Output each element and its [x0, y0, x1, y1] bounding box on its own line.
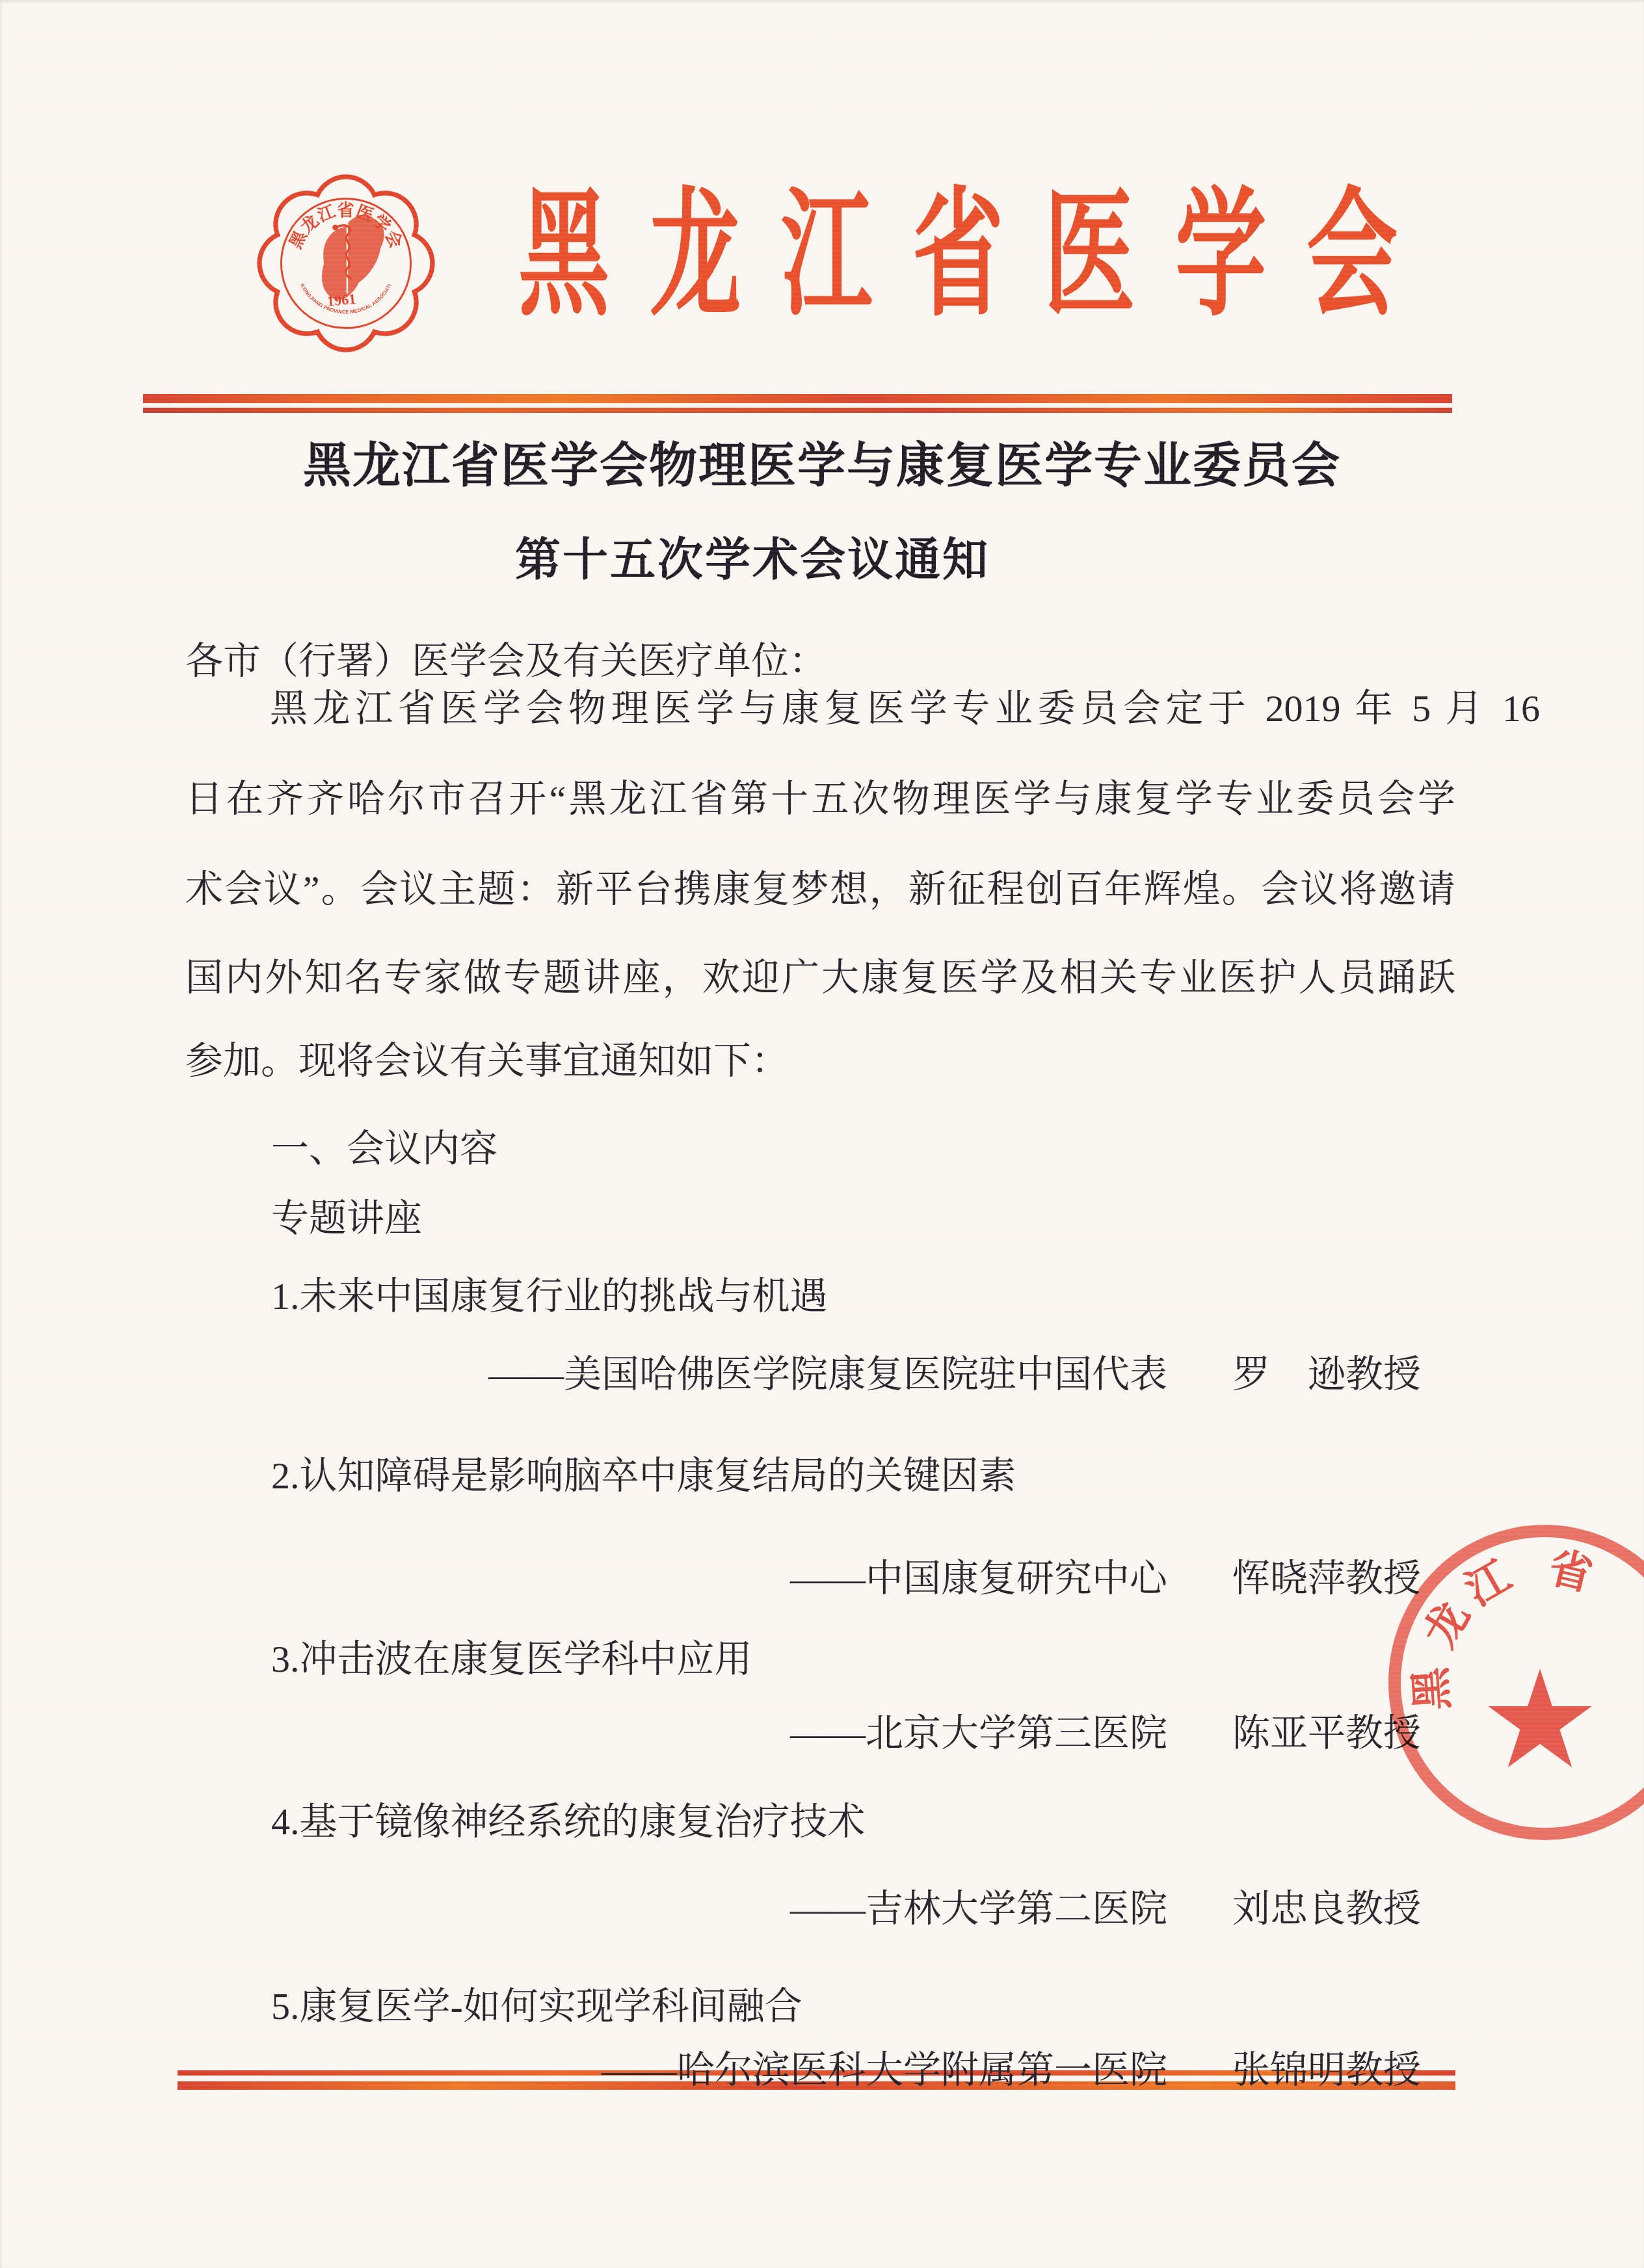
lecture-speaker: 罗 逊教授 — [1232, 1352, 1421, 1396]
subsection-heading: 专题讲座 — [185, 1196, 1541, 1240]
lecture-attribution: ——哈尔滨医科大学附属第一医院 张锦明教授 — [185, 2048, 1421, 2092]
org-name-char: 黑 — [518, 187, 605, 325]
stamp-star-icon — [1488, 1667, 1592, 1771]
org-name-char: 学 — [1175, 187, 1262, 325]
association-seal-logo: 黑龙江省医学会 HEILONGJIANG PROVINCE MEDICAL AS… — [250, 169, 442, 358]
lecture-title: 2.认知障碍是影响脑卒中康复结局的关键因素 — [185, 1454, 1541, 1497]
lecture-affiliation: ——美国哈佛医学院康复医院驻中国代表 — [488, 1352, 1167, 1396]
para-line: 术会议”。会议主题：新平台携康复梦想，新征程创百年辉煌。会议将邀请 — [185, 867, 1455, 911]
lecture-title: 3.冲击波在康复医学科中应用 — [185, 1637, 1541, 1681]
scanned-notice-page: 黑龙江省医学会 HEILONGJIANG PROVINCE MEDICAL AS… — [0, 0, 1644, 2268]
lecture-affiliation: ——中国康复研究中心 — [790, 1557, 1167, 1600]
seal-year: 1961 — [326, 291, 356, 310]
lecture-affiliation: ——哈尔滨医科大学附属第一医院 — [602, 2048, 1167, 2092]
lecture-affiliation: ——北京大学第三医院 — [790, 1711, 1167, 1755]
header-rule-thick — [143, 394, 1452, 403]
lecture-speaker: 刘忠良教授 — [1232, 1887, 1421, 1931]
para-line: 国内外知名专家做专题讲座，欢迎广大康复医学及相关专业医护人员踊跃 — [185, 956, 1455, 999]
stamp-arc-char: 黑 — [1410, 1666, 1455, 1711]
org-name-char: 省 — [912, 187, 999, 325]
seal-snake-head — [332, 224, 338, 230]
org-name-char: 江 — [781, 187, 868, 325]
para-line: 日在齐齐哈尔市召开“黑龙江省第十五次物理医学与康复学专业委员会学 — [185, 777, 1455, 821]
lecture-attribution: ——吉林大学第二医院 刘忠良教授 — [185, 1887, 1421, 1931]
official-stamp: 黑 龙 江 省 — [1388, 1525, 1644, 1840]
lecture-title: 5.康复医学-如何实现学科间融合 — [185, 1984, 1541, 2028]
lecture-attribution: ——中国康复研究中心 恽晓萍教授 — [185, 1557, 1421, 1600]
header-rule-thin — [143, 408, 1452, 413]
lecture-attribution: ——美国哈佛医学院康复医院驻中国代表 罗 逊教授 — [185, 1352, 1421, 1396]
lecture-title: 4.基于镜像神经系统的康复治疗技术 — [185, 1800, 1541, 1843]
para-line: 黑龙江省医学会物理医学与康复医学专业委员会定于 2019 年 5 月 16 — [185, 687, 1540, 730]
notice-title-line2: 第十五次学术会议通知 — [515, 538, 990, 584]
org-name-char: 医 — [1044, 187, 1130, 325]
salutation: 各市（行署）医学会及有关医疗单位： — [185, 639, 1455, 683]
lecture-speaker: 张锦明教授 — [1232, 2048, 1421, 2092]
section-heading: 一、会议内容 — [185, 1127, 1541, 1170]
org-name: 黑龙江省医学会 — [496, 187, 1416, 337]
lecture-affiliation: ——吉林大学第二医院 — [790, 1887, 1167, 1931]
lecture-attribution: ——北京大学第三医院 陈亚平教授 — [185, 1711, 1421, 1755]
org-name-char: 龙 — [650, 187, 736, 325]
notice-title-line1: 黑龙江省医学会物理医学与康复医学专业委员会 — [0, 442, 1644, 490]
org-name-char: 会 — [1306, 187, 1393, 325]
lecture-title: 1.未来中国康复行业的挑战与机遇 — [185, 1274, 1541, 1318]
para-line: 参加。现将会议有关事宜通知如下： — [185, 1039, 1455, 1083]
